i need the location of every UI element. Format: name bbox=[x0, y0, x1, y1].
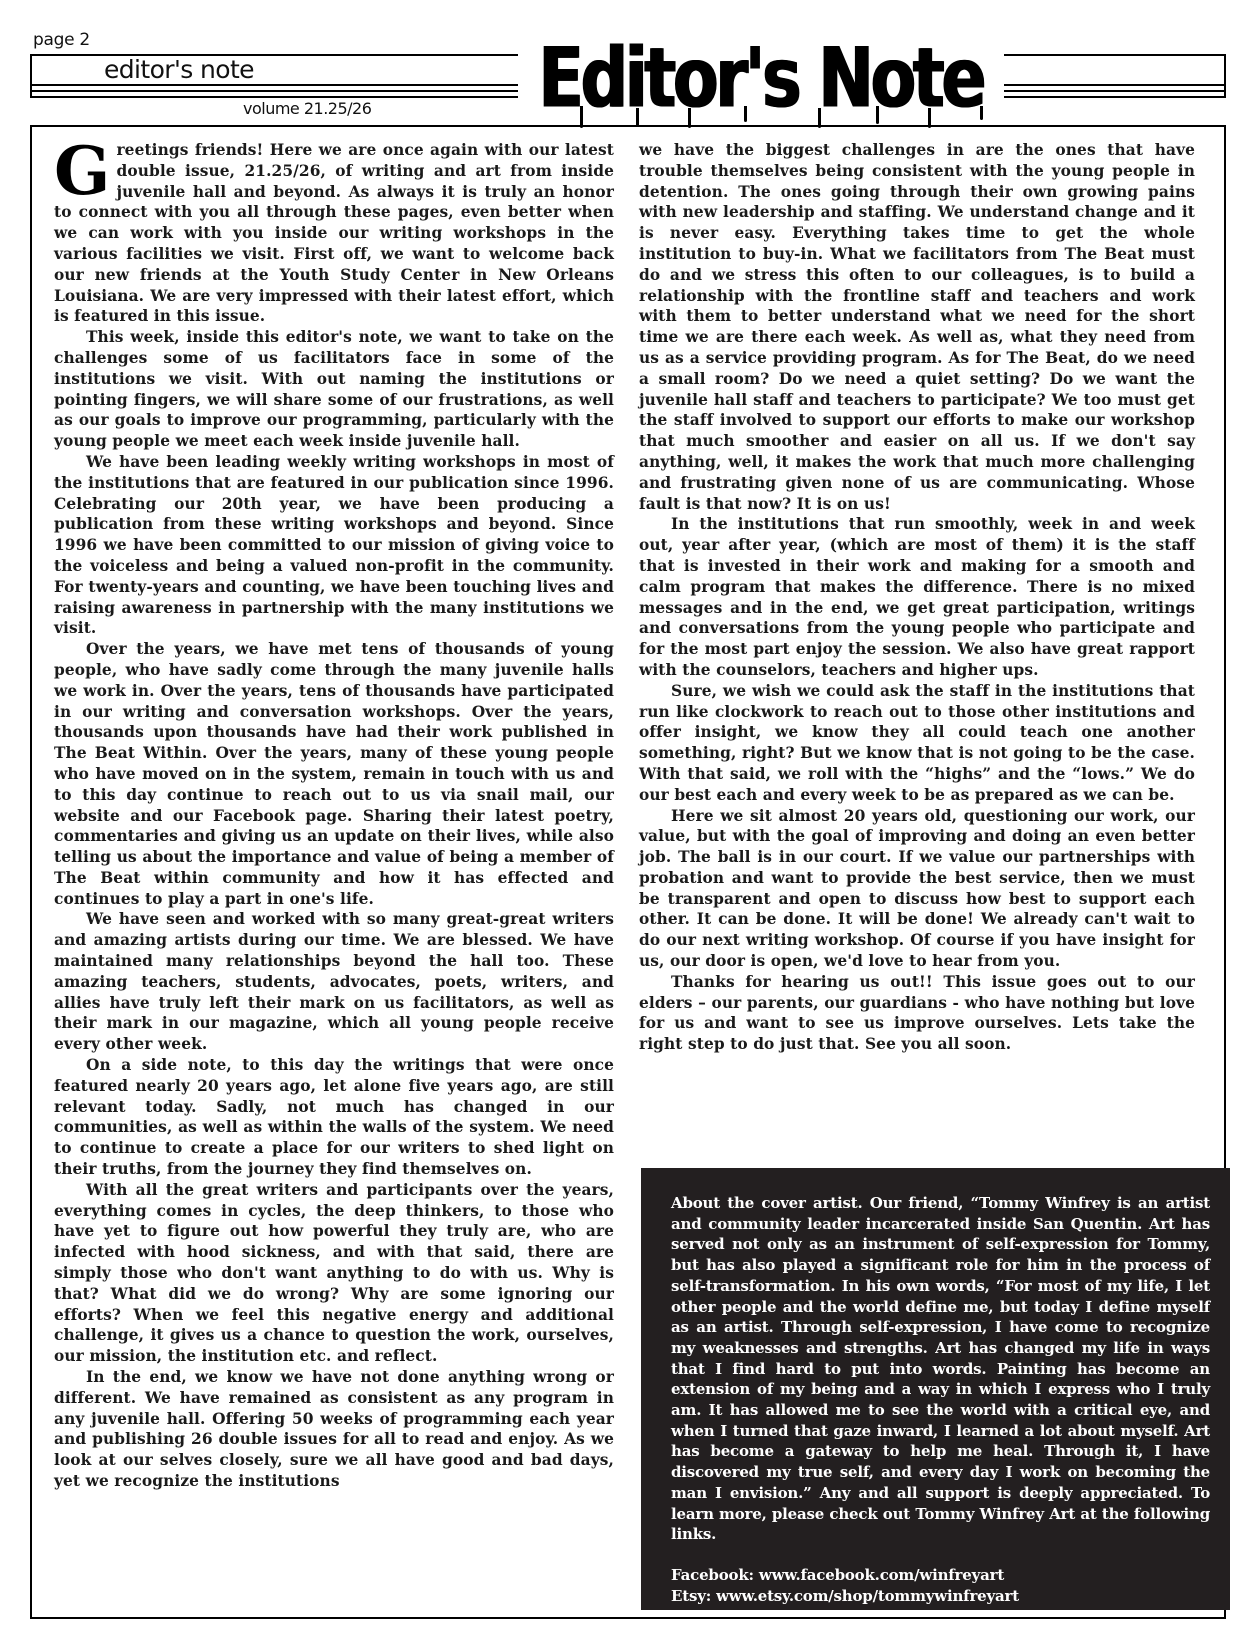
article-paragraph: Thanks for hearing us out!! This issue g… bbox=[639, 972, 1195, 1055]
article-paragraph: Greetings friends! Here we are once agai… bbox=[54, 140, 614, 327]
article-paragraph: We have seen and worked with so many gre… bbox=[54, 909, 614, 1055]
paint-drip-decoration bbox=[980, 106, 983, 120]
article-paragraph: Sure, we wish we could ask the staff in … bbox=[639, 681, 1195, 806]
etsy-link[interactable]: Etsy: www.etsy.com/shop/tommywinfreyart bbox=[671, 1586, 1210, 1607]
page-title: Editor's Note bbox=[518, 28, 1004, 128]
cover-artist-text: About the cover artist. Our friend, “Tom… bbox=[671, 1193, 1210, 1545]
volume-label: volume 21.25/26 bbox=[243, 99, 371, 118]
paint-drip-decoration bbox=[744, 106, 747, 122]
article-right-column: we have the biggest challenges in are th… bbox=[639, 140, 1195, 1055]
article-left-column: Greetings friends! Here we are once agai… bbox=[54, 140, 614, 1492]
article-paragraph: In the end, we know we have not done any… bbox=[54, 1367, 614, 1492]
article-paragraph: we have the biggest challenges in are th… bbox=[639, 140, 1195, 514]
article-paragraph: We have been leading weekly writing work… bbox=[54, 452, 614, 639]
paint-drip-decoration bbox=[876, 106, 879, 124]
cover-artist-box: About the cover artist. Our friend, “Tom… bbox=[641, 1168, 1230, 1610]
article-paragraph: Over the years, we have met tens of thou… bbox=[54, 639, 614, 909]
drop-cap: G bbox=[54, 144, 110, 198]
article-paragraph: Here we sit almost 20 years old, questio… bbox=[639, 806, 1195, 972]
article-paragraph: On a side note, to this day the writings… bbox=[54, 1055, 614, 1180]
section-label: editor's note bbox=[104, 55, 254, 84]
article-paragraph: This week, inside this editor's note, we… bbox=[54, 327, 614, 452]
facebook-link[interactable]: Facebook: www.facebook.com/winfreyart bbox=[671, 1565, 1210, 1586]
article-paragraph: With all the great writers and participa… bbox=[54, 1180, 614, 1367]
article-paragraph: In the institutions that run smoothly, w… bbox=[639, 514, 1195, 680]
cover-artist-links: Facebook: www.facebook.com/winfreyart Et… bbox=[671, 1565, 1210, 1606]
paint-drip-decoration bbox=[636, 108, 639, 126]
page-number: page 2 bbox=[33, 30, 90, 50]
page-title-text: Editor's Note bbox=[539, 30, 984, 126]
